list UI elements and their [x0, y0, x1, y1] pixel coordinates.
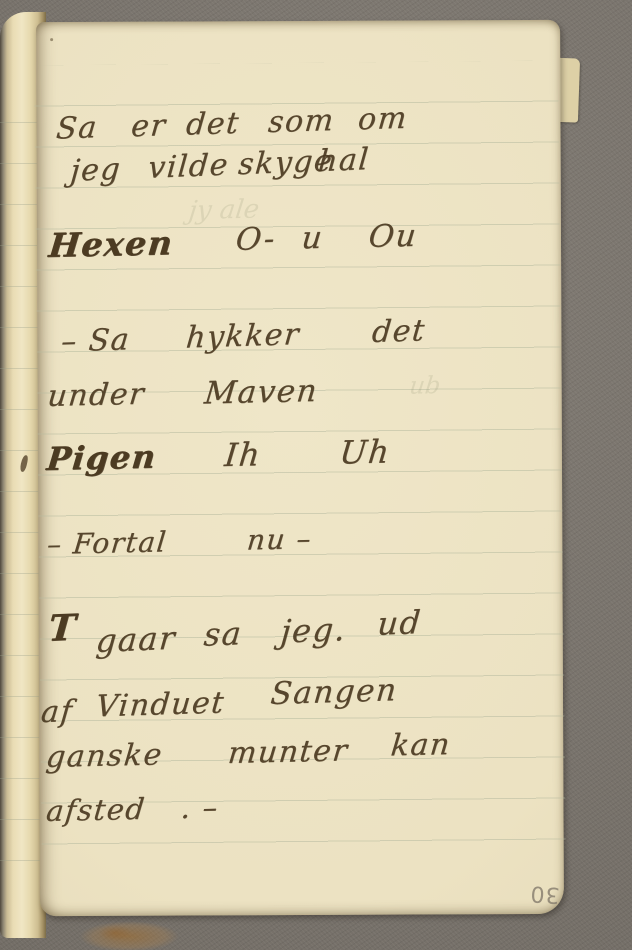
handwriting-word: det — [185, 106, 242, 143]
ink-stain-core — [98, 925, 132, 941]
handwriting-word: ganske — [44, 737, 164, 775]
handwriting-word: det — [370, 313, 427, 350]
handwriting-word: er — [130, 108, 168, 144]
handwriting-word: sa — [202, 614, 244, 654]
handwriting-word: Maven — [203, 373, 320, 412]
handwriting-word: kan — [389, 727, 452, 763]
handwriting-word: – Fortal — [45, 525, 168, 561]
handwriting-word: jeg. — [279, 610, 348, 651]
handwriting-word: afsted — [45, 792, 148, 828]
handwriting-word: munter — [226, 733, 350, 771]
handwriting-word: O- — [234, 221, 278, 258]
photograph-of-notebook: jy ale ub Sa er det som om jeg vilde sky… — [0, 0, 632, 950]
handwriting-word: om — [357, 101, 410, 138]
handwriting-word: hykker — [185, 317, 302, 356]
handwriting-word: Sa — [55, 110, 100, 146]
handwriting-word: af — [40, 694, 75, 730]
handwriting-word: Ih — [223, 435, 263, 474]
handwriting-word: Ou — [367, 218, 419, 255]
handwriting-word: Hexen — [47, 223, 175, 265]
notebook-page: jy ale ub Sa er det som om jeg vilde sky… — [36, 20, 564, 916]
handwriting-word: Uh — [338, 432, 392, 471]
handwriting-word: Pigen — [45, 438, 159, 478]
handwriting-word: T — [47, 607, 79, 650]
handwriting-word: nu – — [245, 522, 313, 556]
page-number-pencil: 30 — [519, 877, 561, 908]
handwriting-word: ud — [376, 603, 423, 643]
handwriting-word: Vinduet — [94, 685, 226, 724]
handwriting-word: vilde — [147, 148, 230, 186]
handwriting-word: . – — [180, 790, 221, 825]
handwriting-word: hal — [317, 142, 371, 179]
handwriting-word: Sangen — [269, 672, 399, 712]
ink-stain — [75, 917, 195, 950]
handwriting-word: u — [300, 220, 325, 257]
handwriting-word: gaar — [94, 619, 177, 660]
handwriting-word: jeg — [69, 152, 123, 189]
paper-speck — [50, 38, 53, 41]
handwriting-word: som — [267, 103, 337, 140]
handwriting-word: under — [46, 377, 147, 414]
handwriting-word: – Sa — [60, 322, 132, 359]
